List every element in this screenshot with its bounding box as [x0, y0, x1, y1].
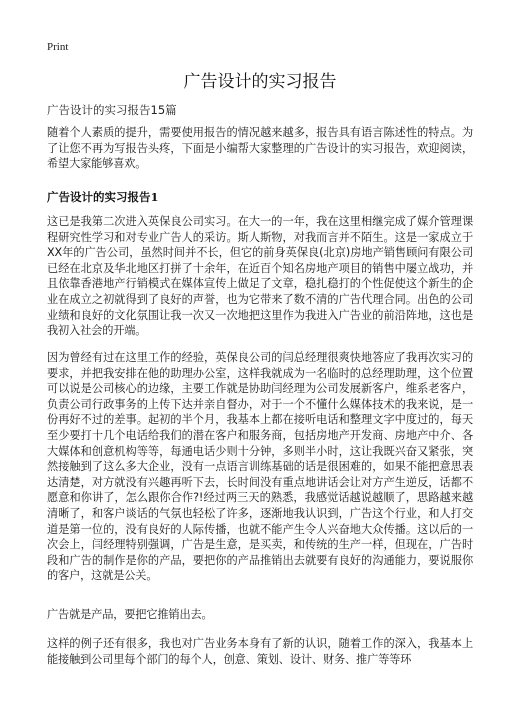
section-heading: 广告设计的实习报告1	[47, 189, 159, 205]
intro-paragraph: 随着个人素质的提升，需要使用报告的情况越来越多，报告具有语言陈述性的特点。为了让…	[47, 125, 473, 172]
body-paragraph-1: 这已是我第二次进入英保良公司实习。在大一的一年，我在这里相继完成了媒介管理课程研…	[47, 214, 473, 339]
body-paragraph-3: 广告就是产品，要把它推销出去。	[47, 607, 473, 623]
print-label: Print	[47, 41, 68, 53]
body-paragraph-4: 这样的例子还有很多，我也对广告业务本身有了新的认识，随着工作的深入，我基本上能接…	[47, 636, 473, 667]
document-subtitle: 广告设计的实习报告15篇	[47, 102, 177, 118]
body-paragraph-2: 因为曾经有过在这里工作的经验，英保良公司的闫总经理很爽快地答应了我再次实习的要求…	[47, 350, 473, 584]
document-title: 广告设计的实习报告	[47, 67, 473, 92]
